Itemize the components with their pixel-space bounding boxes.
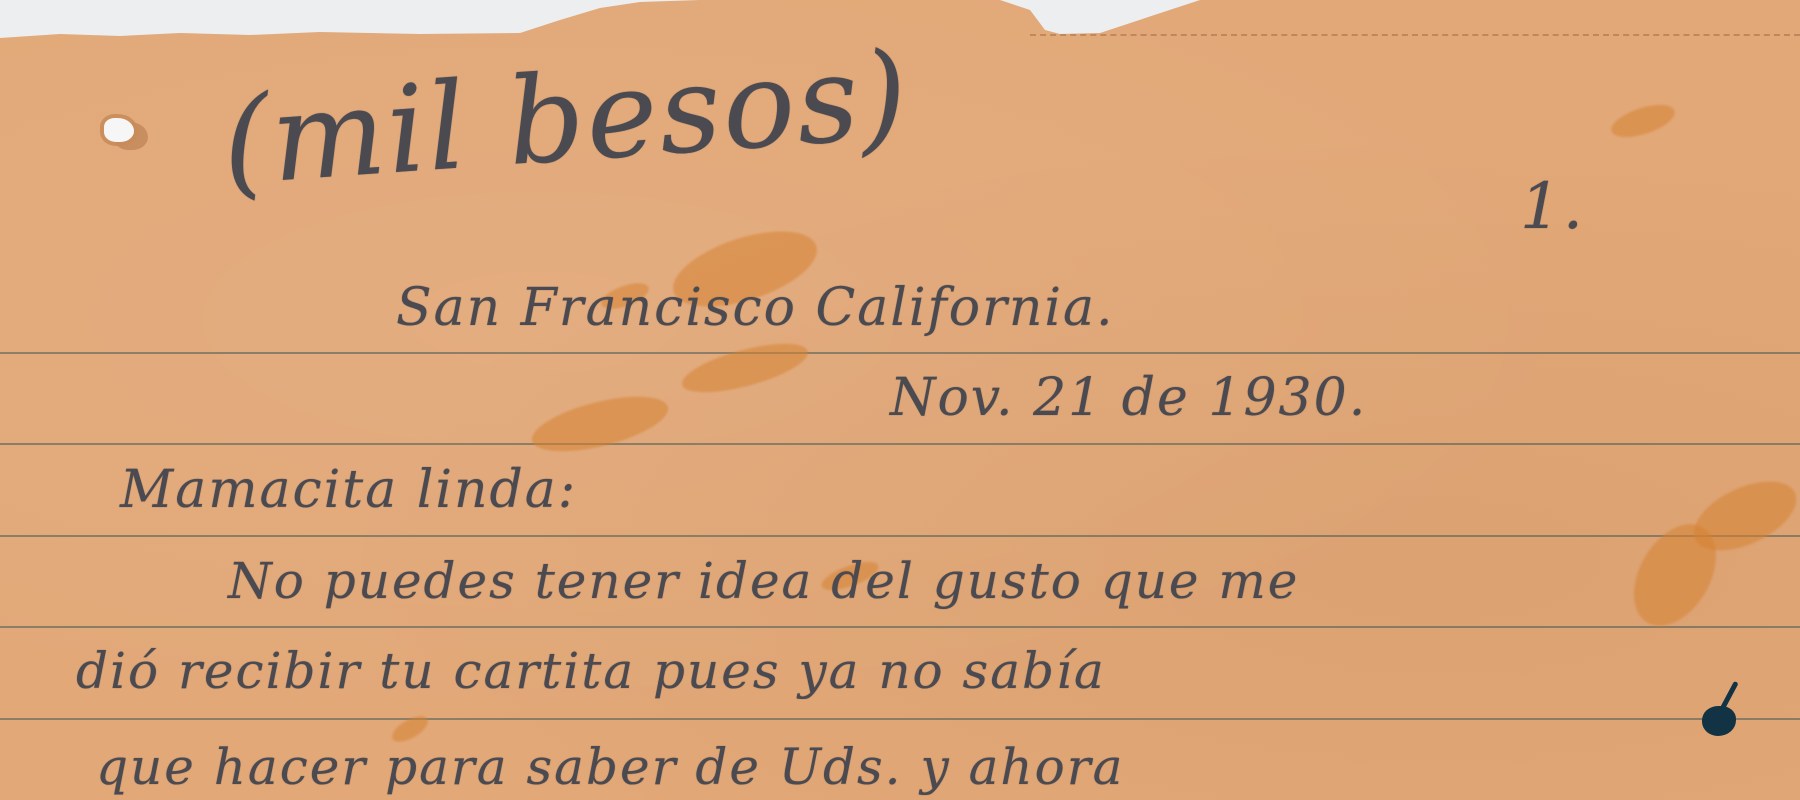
ruled-line <box>0 718 1800 720</box>
date-line: Nov. 21 de 1930. <box>890 368 1367 428</box>
ruled-line <box>0 626 1800 628</box>
salutation: Mamacita linda: <box>120 460 577 520</box>
body-line-1: No puedes tener idea del gusto que me <box>228 552 1299 610</box>
ruled-line <box>0 443 1800 445</box>
page-number: 1. <box>1520 170 1585 244</box>
ruled-line <box>0 535 1800 537</box>
ruled-line <box>0 352 1800 354</box>
body-line-3: que hacer para saber de Uds. y ahora <box>96 738 1124 796</box>
paper-tear-hole <box>104 118 134 142</box>
place-line: San Francisco California. <box>396 278 1115 338</box>
body-line-2: dió recibir tu cartita pues ya no sabía <box>76 642 1106 700</box>
paper-fold-ridge <box>1030 34 1800 38</box>
